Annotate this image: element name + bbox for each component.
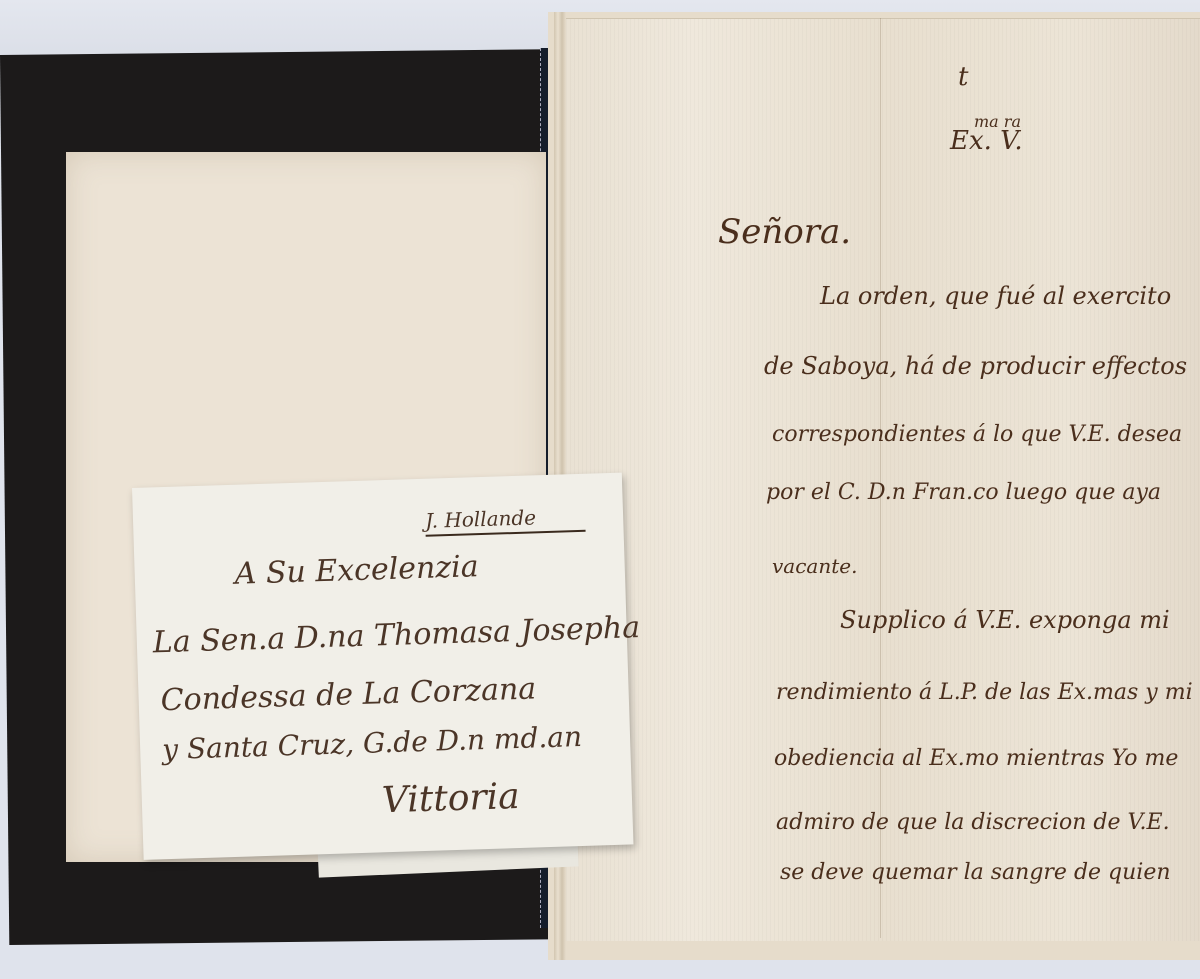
letter-line: Supplico á V.E. exponga mi: [840, 606, 1170, 634]
letter-line: vacante.: [772, 554, 857, 578]
letter-page-mark: t: [958, 62, 968, 92]
envelope-signature-note: J. Hollande: [425, 505, 537, 532]
letter-line: correspondientes á lo que V.E. desea: [772, 422, 1182, 447]
letter-line: La orden, que fué al exercito: [820, 282, 1171, 310]
letter-line: de Saboya, há de producir effectos: [764, 352, 1187, 380]
envelope-line: Condessa de La Corzana: [160, 671, 537, 718]
letter-line: se deve quemar la sangre de quien: [780, 860, 1171, 885]
envelope-line: A Su Excelenzia: [234, 549, 479, 592]
paper-fold-line: [880, 18, 881, 938]
envelope-line: La Sen.a D.na Thomasa Josepha: [152, 610, 640, 660]
letter-greeting: Señora.: [718, 212, 851, 252]
letter-line: por el C. D.n Fran.co luego que aya: [766, 480, 1161, 505]
letter-line: rendimiento á L.P. de las Ex.mas y mi: [776, 680, 1193, 705]
envelope-city: Vittoria: [381, 776, 520, 821]
envelope-line: y Santa Cruz, G.de D.n md.an: [162, 720, 583, 766]
letter-line: admiro de que la discrecion de V.E.: [776, 810, 1170, 835]
letter-line: obediencia al Ex.mo mientras Yo me: [774, 746, 1178, 771]
folded-letter-cover: J. Hollande A Su Excelenzia La Sen.a D.n…: [132, 473, 633, 860]
letter-abbrev: Ex. V.: [950, 126, 1023, 156]
